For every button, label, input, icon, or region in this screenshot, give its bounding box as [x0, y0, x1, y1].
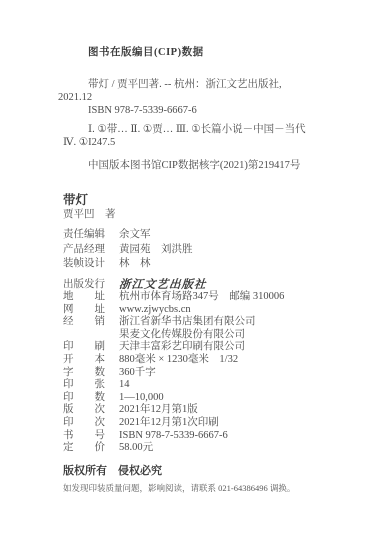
- cip-isbn-line: ISBN 978-7-5339-6667-6: [88, 104, 357, 117]
- publication-row: 经 销 浙江省新华书店集团有限公司: [63, 316, 357, 329]
- publication-value: 天津丰富彩艺印刷有限公司: [119, 341, 245, 354]
- publication-label: 开 本: [63, 354, 109, 367]
- publication-section: 出版发行 浙江文艺出版社 地 址 杭州市体育场路347号 邮编 310006 网…: [63, 279, 357, 455]
- copyright-contact: 如发现印装质量问题，影响阅读，请联系 021-64386496 调换。: [63, 482, 357, 494]
- publication-label: 字 数: [63, 367, 109, 380]
- book-title: 带灯: [63, 192, 357, 208]
- cip-classification-line2: Ⅳ. ①I247.5: [63, 136, 357, 149]
- copyright-notice: 版权所有 侵权必究: [63, 464, 357, 479]
- publication-label: 定 价: [63, 442, 109, 455]
- publication-row: 书 号 ISBN 978-7-5339-6667-6: [63, 430, 357, 443]
- book-author: 贾平凹 著: [63, 208, 357, 222]
- publication-value: 14: [119, 379, 130, 392]
- publication-value: 浙江省新华书店集团有限公司: [119, 316, 256, 329]
- publication-row: 开 本 880毫米 × 1230毫米 1/32: [63, 354, 357, 367]
- publication-row: 果麦文化传媒股份有限公司: [63, 329, 357, 342]
- credit-value: 余文军: [119, 228, 151, 243]
- publication-value: 2021年12月第1版: [119, 404, 198, 417]
- publication-value: 1—10,000: [119, 392, 164, 405]
- publication-label: 出版发行: [63, 279, 109, 292]
- credit-row: 责任编辑 余文军: [63, 228, 357, 243]
- publication-value: www.zjwycbs.cn: [119, 304, 191, 317]
- credits-section: 责任编辑 余文军 产品经理 黄园苑 刘洪胜 装帧设计 林 林: [63, 228, 357, 272]
- publication-value: 2021年12月第1次印刷: [119, 417, 219, 430]
- cip-classification: Ⅰ. ①带… Ⅱ. ①贾… Ⅲ. ①长篇小说－中国－当代 Ⅳ. ①I247.5: [58, 123, 357, 149]
- publication-label: 印 张: [63, 379, 109, 392]
- cip-header: 图书在版编目(CIP)数据: [88, 46, 357, 60]
- publication-label: 版 次: [63, 404, 109, 417]
- cip-entry-line1: 带灯 / 贾平凹著. -- 杭州：浙江文艺出版社,: [88, 78, 357, 91]
- cip-record-number: 中国版本图书馆CIP数据核字(2021)第219417号: [88, 159, 357, 172]
- cip-classification-line1: Ⅰ. ①带… Ⅱ. ①贾… Ⅲ. ①长篇小说－中国－当代: [88, 123, 357, 136]
- credit-label: 产品经理: [63, 243, 109, 258]
- publication-row: 版 次 2021年12月第1版: [63, 404, 357, 417]
- publication-row: 出版发行 浙江文艺出版社: [63, 279, 357, 292]
- cip-section: 图书在版编目(CIP)数据 带灯 / 贾平凹著. -- 杭州：浙江文艺出版社, …: [58, 46, 357, 172]
- publication-row: 字 数 360千字: [63, 367, 357, 380]
- publication-row: 定 价 58.00元: [63, 442, 357, 455]
- publication-value: 58.00元: [119, 442, 153, 455]
- publication-label: 书 号: [63, 430, 109, 443]
- publication-label: 经 销: [63, 316, 109, 329]
- publication-row: 印 次 2021年12月第1次印刷: [63, 417, 357, 430]
- credit-value: 黄园苑 刘洪胜: [119, 243, 193, 258]
- publisher-logo: 浙江文艺出版社: [119, 279, 207, 292]
- publication-row: 印 张 14: [63, 379, 357, 392]
- credit-value: 林 林: [119, 257, 151, 272]
- copyright-section: 版权所有 侵权必究 如发现印装质量问题，影响阅读，请联系 021-6438649…: [58, 464, 357, 494]
- publication-label: 印 刷: [63, 341, 109, 354]
- publication-label: 网 址: [63, 304, 109, 317]
- title-section: 带灯 贾平凹 著: [58, 192, 357, 222]
- publication-value: 880毫米 × 1230毫米 1/32: [119, 354, 238, 367]
- publication-label: 印 次: [63, 417, 109, 430]
- credit-row: 产品经理 黄园苑 刘洪胜: [63, 243, 357, 258]
- publication-label: [63, 329, 109, 342]
- cip-entry: 带灯 / 贾平凹著. -- 杭州：浙江文艺出版社, 2021.12 ISBN 9…: [58, 78, 357, 117]
- publication-row: 印 刷 天津丰富彩艺印刷有限公司: [63, 341, 357, 354]
- publication-value: 果麦文化传媒股份有限公司: [119, 329, 245, 342]
- publication-value: 360千字: [119, 367, 156, 380]
- publication-row: 印 数 1—10,000: [63, 392, 357, 405]
- publication-label: 印 数: [63, 392, 109, 405]
- credit-label: 责任编辑: [63, 228, 109, 243]
- publication-label: 地 址: [63, 291, 109, 304]
- publication-row: 网 址 www.zjwycbs.cn: [63, 304, 357, 317]
- credit-label: 装帧设计: [63, 257, 109, 272]
- copyright-page: 图书在版编目(CIP)数据 带灯 / 贾平凹著. -- 杭州：浙江文艺出版社, …: [0, 0, 375, 536]
- publication-value: 杭州市体育场路347号 邮编 310006: [119, 291, 284, 304]
- cip-entry-line2: 2021.12: [58, 91, 357, 104]
- publication-row: 地 址 杭州市体育场路347号 邮编 310006: [63, 291, 357, 304]
- credit-row: 装帧设计 林 林: [63, 257, 357, 272]
- publication-value: ISBN 978-7-5339-6667-6: [119, 430, 228, 443]
